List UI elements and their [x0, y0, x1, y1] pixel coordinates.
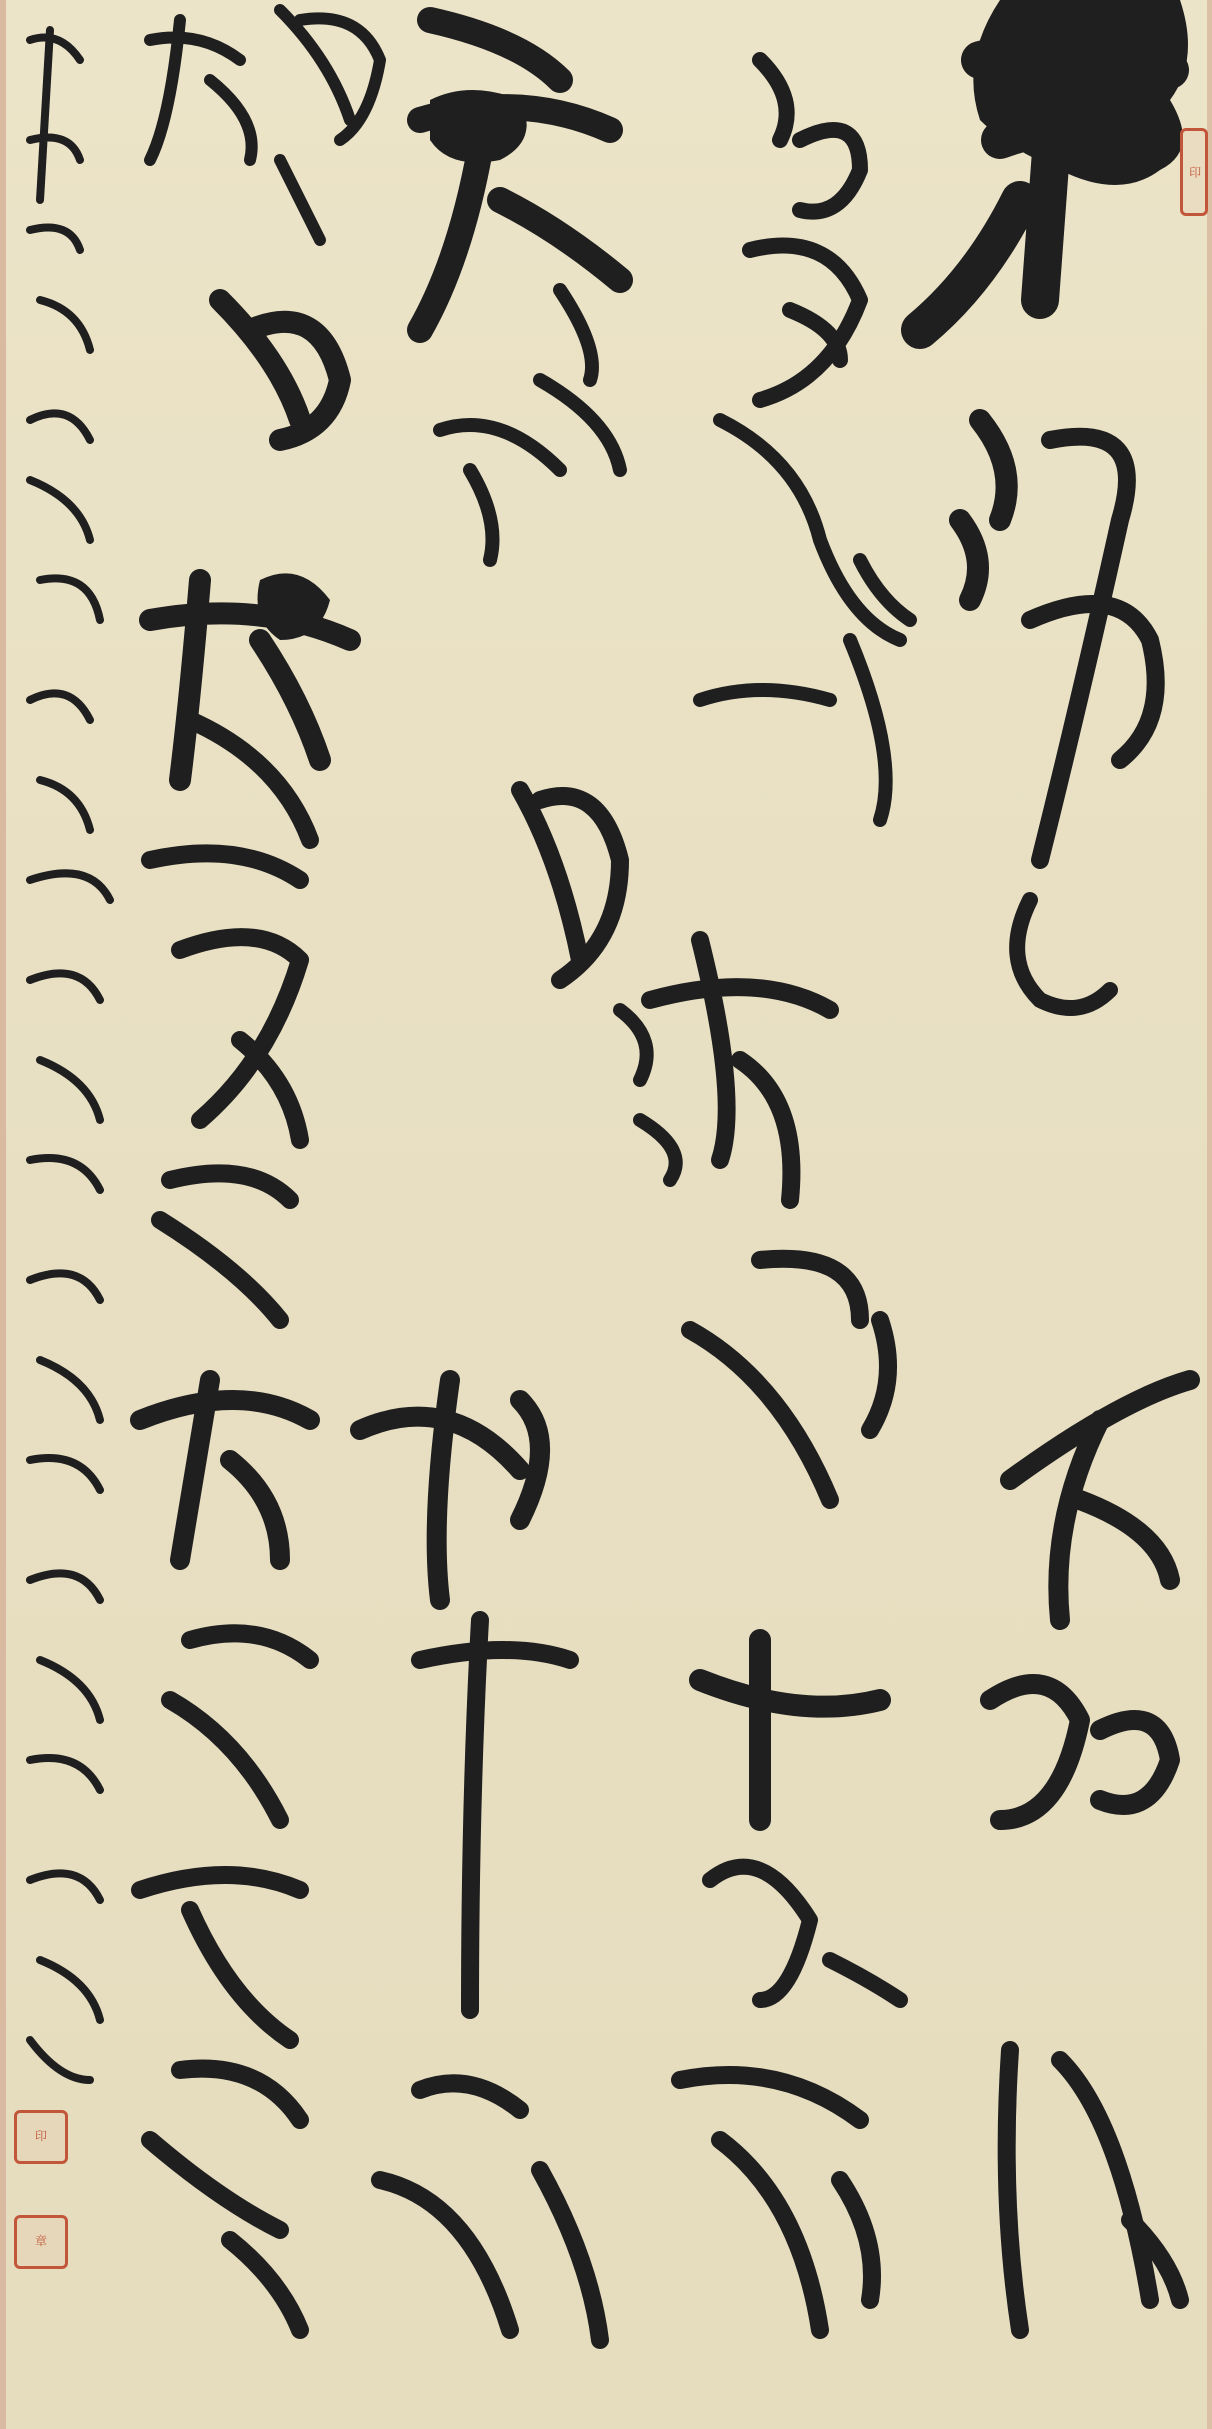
calligraphy-scroll: 印 印 章	[0, 0, 1212, 2429]
seal-artist-2: 章	[14, 2215, 68, 2269]
seal-top-right: 印	[1180, 128, 1208, 216]
calligraphy-ink-strokes	[0, 0, 1212, 2429]
seal-artist-1: 印	[14, 2110, 68, 2164]
